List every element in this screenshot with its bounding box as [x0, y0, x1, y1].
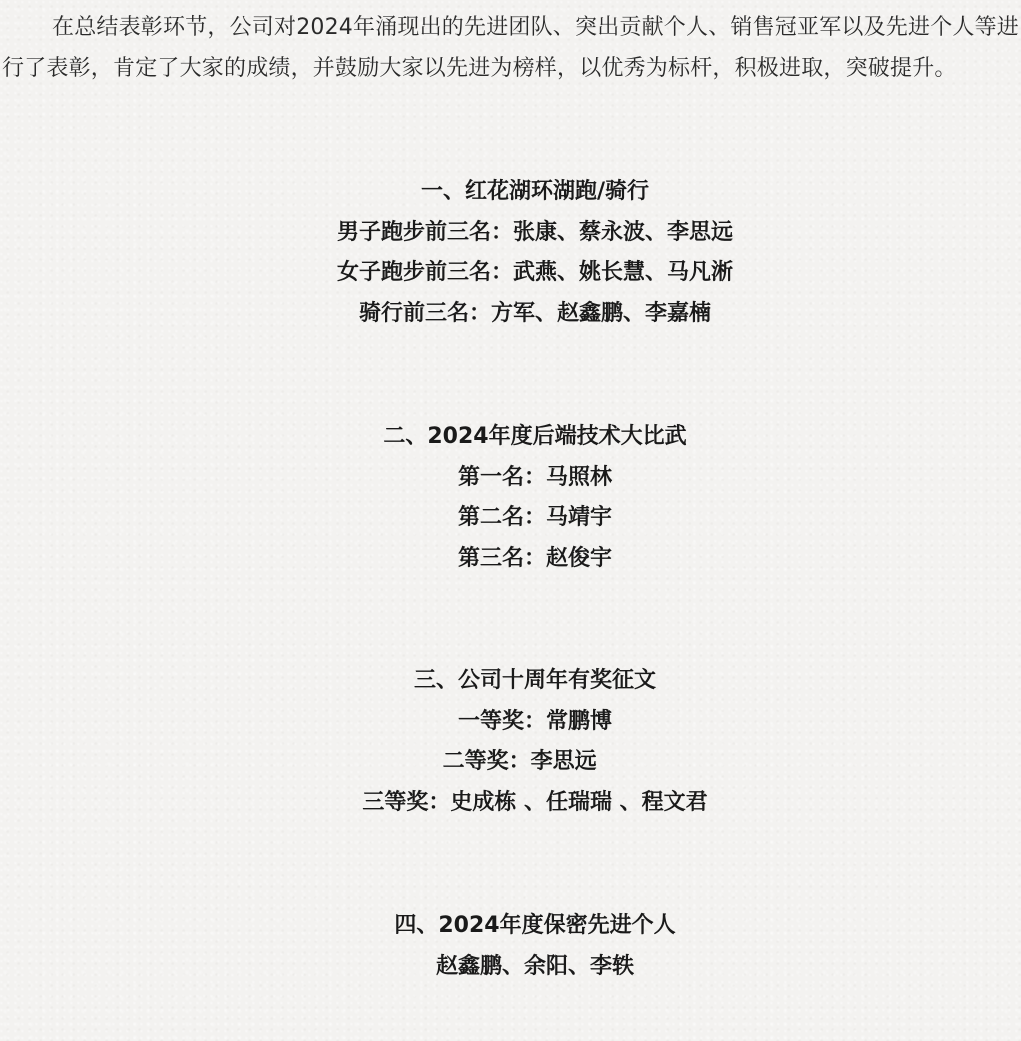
- award-line-men-running: 男子跑步前三名：张康、蔡永波、李思远: [0, 213, 1021, 254]
- award-line-first-prize: 一等奖：常鹏博: [0, 702, 1021, 743]
- award-line-first-place: 第一名：马照林: [0, 458, 1021, 499]
- intro-paragraph: 在总结表彰环节，公司对2024年涌现出的先进团队、突出贡献个人、销售冠亚军以及先…: [2, 8, 1019, 89]
- section-title: 四、2024年度保密先进个人: [0, 906, 1021, 947]
- award-line-cycling: 骑行前三名：方军、赵鑫鹏、李嘉楠: [0, 294, 1021, 335]
- award-line-second-prize: 二等奖：李思远: [0, 742, 1021, 783]
- award-line-women-running: 女子跑步前三名：武燕、姚长慧、马凡淅: [0, 253, 1021, 294]
- section-title: 三、公司十周年有奖征文: [0, 661, 1021, 702]
- award-section-backend-tech-contest: 二、2024年度后端技术大比武 第一名：马照林 第二名：马靖宇 第三名：赵俊宇: [0, 417, 1021, 579]
- award-section-lake-run-cycling: 一、红花湖环湖跑/骑行 男子跑步前三名：张康、蔡永波、李思远 女子跑步前三名：武…: [0, 172, 1021, 334]
- section-title: 一、红花湖环湖跑/骑行: [0, 172, 1021, 213]
- award-section-essay-contest: 三、公司十周年有奖征文 一等奖：常鹏博 二等奖：李思远 三等奖：史成栋 、任瑞瑞…: [0, 661, 1021, 823]
- award-line-third-prize: 三等奖：史成栋 、任瑞瑞 、程文君: [0, 783, 1021, 824]
- award-section-confidentiality-advanced: 四、2024年度保密先进个人 赵鑫鹏、余阳、李轶: [0, 906, 1021, 987]
- section-title: 二、2024年度后端技术大比武: [0, 417, 1021, 458]
- award-line-third-place: 第三名：赵俊宇: [0, 539, 1021, 580]
- award-line-winners: 赵鑫鹏、余阳、李轶: [0, 947, 1021, 988]
- award-line-second-place: 第二名：马靖宇: [0, 498, 1021, 539]
